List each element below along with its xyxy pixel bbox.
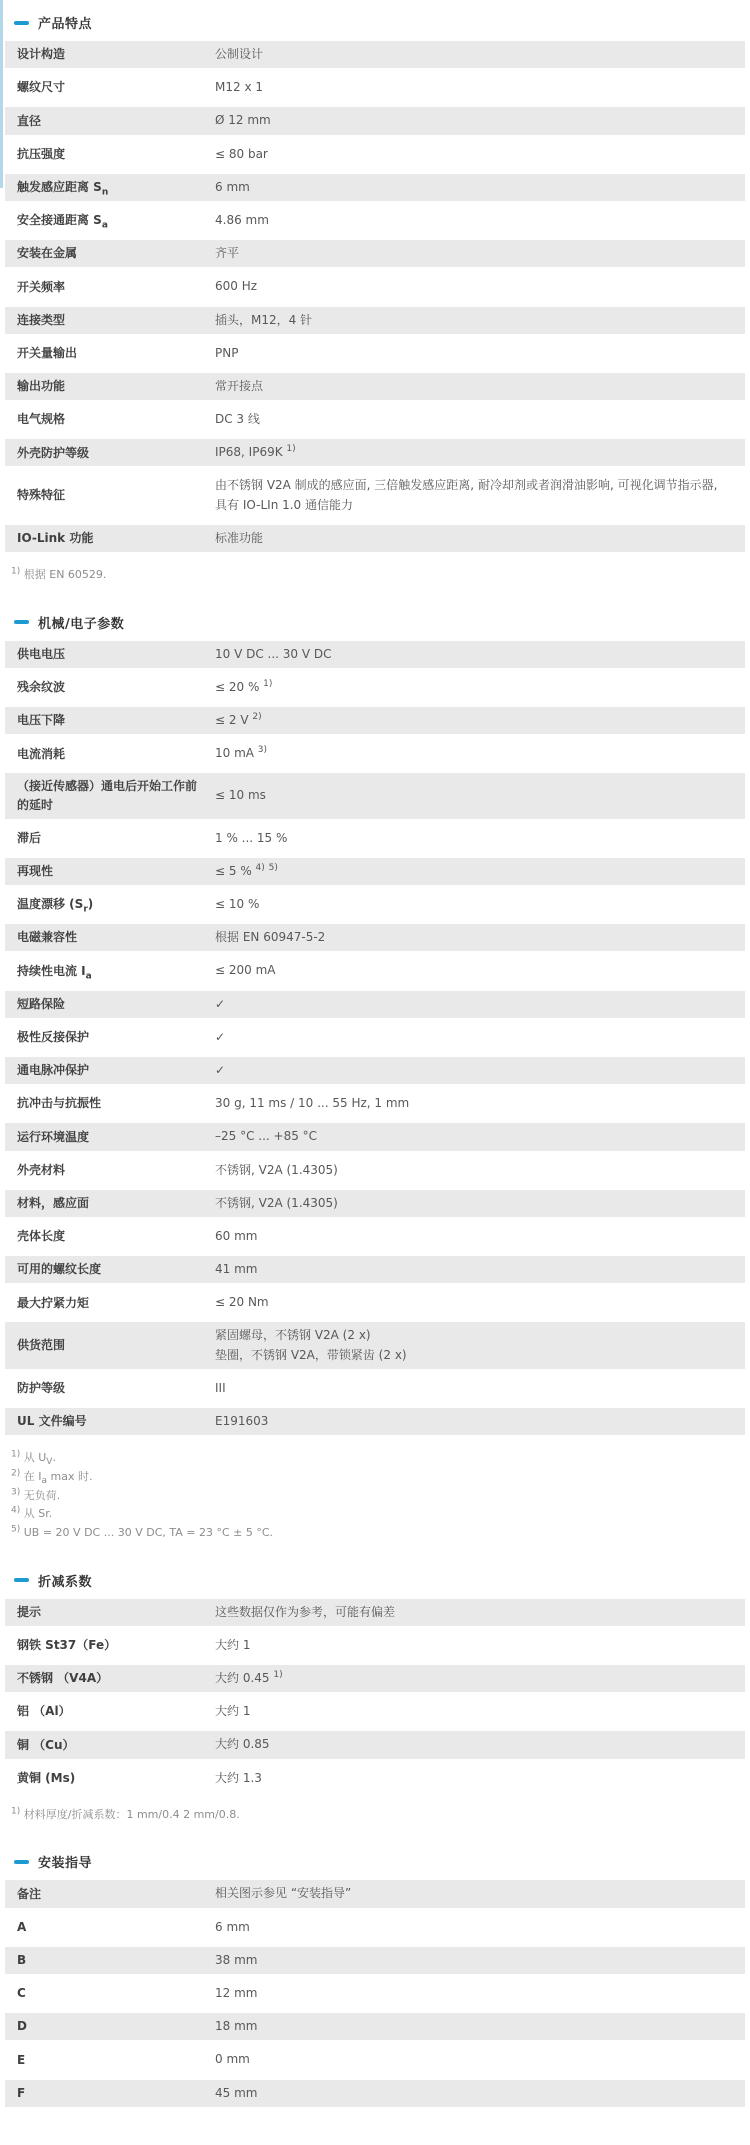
collapse-icon — [14, 21, 29, 25]
spec-value: 10 mA 3) — [215, 744, 733, 763]
spec-row: 短路保险✓ — [5, 991, 745, 1018]
spec-row: 直径Ø 12 mm — [5, 107, 745, 134]
section-installation-guide: 安装指导 备注相关图示参见 “安装指导”A6 mmB38 mmC12 mmD18… — [5, 1846, 745, 2106]
spec-row: IO-Link 功能标准功能 — [5, 525, 745, 552]
spec-value: 60 mm — [215, 1227, 733, 1246]
spec-label: 设计构造 — [17, 45, 215, 64]
spec-row: 壳体长度60 mm — [5, 1223, 745, 1250]
spec-value: ≤ 10 % — [215, 895, 733, 914]
spec-value: 大约 1 — [215, 1702, 733, 1721]
spec-row: 安装在金属齐平 — [5, 240, 745, 267]
spec-value: III — [215, 1379, 733, 1398]
spec-row: 输出功能常开接点 — [5, 373, 745, 400]
product-datasheet: 产品特点 设计构造公制设计螺纹尺寸M12 x 1直径Ø 12 mm抗压强度≤ 8… — [0, 0, 750, 2145]
spec-value: 6 mm — [215, 1918, 733, 1937]
spec-value: ≤ 200 mA — [215, 961, 733, 980]
spec-label: 提示 — [17, 1603, 215, 1622]
spec-value: E191603 — [215, 1412, 733, 1431]
spec-label: 黄铜 (Ms) — [17, 1769, 215, 1788]
spec-row: B38 mm — [5, 1947, 745, 1974]
spec-row: 通电脉冲保护✓ — [5, 1057, 745, 1084]
spec-value: ≤ 20 Nm — [215, 1293, 733, 1312]
spec-value: DC 3 线 — [215, 410, 733, 429]
spec-value: 12 mm — [215, 1984, 733, 2003]
spec-label: 外壳材料 — [17, 1161, 215, 1180]
spec-row: 再现性≤ 5 % 4) 5) — [5, 858, 745, 885]
spec-value: 6 mm — [215, 178, 733, 197]
spec-value: 600 Hz — [215, 277, 733, 296]
spec-value: 不锈钢, V2A (1.4305) — [215, 1194, 733, 1213]
spec-row: 铜 （Cu）大约 0.85 — [5, 1731, 745, 1758]
spec-value: 大约 0.85 — [215, 1735, 733, 1754]
spec-row: 抗冲击与抗振性30 g, 11 ms / 10 ... 55 Hz, 1 mm — [5, 1090, 745, 1117]
spec-value: 大约 0.45 1) — [215, 1669, 733, 1688]
spec-label: IO-Link 功能 — [17, 529, 215, 548]
spec-row: 提示这些数据仅作为参考，可能有偏差 — [5, 1599, 745, 1626]
section-title: 折减系数 — [38, 1571, 92, 1590]
footnote: 1) 材料厚度/折减系数：1 mm/0.4 2 mm/0.8. — [11, 1806, 745, 1825]
spec-value: 根据 EN 60947-5-2 — [215, 928, 733, 947]
spec-row: 运行环境温度–25 °C ... +85 °C — [5, 1123, 745, 1150]
spec-label: UL 文件编号 — [17, 1412, 215, 1431]
spec-row: 残余纹波≤ 20 % 1) — [5, 674, 745, 701]
spec-row: 钢铁 St37（Fe）大约 1 — [5, 1632, 745, 1659]
spec-row: 特殊特征由不锈钢 V2A 制成的感应面, 三倍触发感应距离, 耐冷却剂或者润滑油… — [5, 472, 745, 518]
spec-row: 电压下降≤ 2 V 2) — [5, 707, 745, 734]
spec-label: 供货范围 — [17, 1336, 215, 1355]
spec-label: 供电电压 — [17, 645, 215, 664]
section-title: 安装指导 — [38, 1852, 92, 1871]
spec-row: 最大拧紧力矩≤ 20 Nm — [5, 1289, 745, 1316]
spec-value: 这些数据仅作为参考，可能有偏差 — [215, 1603, 733, 1622]
spec-label: D — [17, 2017, 215, 2036]
spec-value: 常开接点 — [215, 377, 733, 396]
spec-label: 材料，感应面 — [17, 1194, 215, 1213]
spec-row: 电流消耗10 mA 3) — [5, 740, 745, 767]
spec-value: 不锈钢, V2A (1.4305) — [215, 1161, 733, 1180]
spec-value: 齐平 — [215, 244, 733, 263]
collapse-icon — [14, 620, 29, 624]
spec-row: 可用的螺纹长度41 mm — [5, 1256, 745, 1283]
spec-row: 备注相关图示参见 “安装指导” — [5, 1880, 745, 1907]
section-header-reduction-factors[interactable]: 折减系数 — [5, 1565, 745, 1599]
spec-value: 38 mm — [215, 1951, 733, 1970]
spec-label: 钢铁 St37（Fe） — [17, 1636, 215, 1655]
spec-label: 螺纹尺寸 — [17, 78, 215, 97]
spec-row: 连接类型插头，M12，4 针 — [5, 307, 745, 334]
spec-value: ✓ — [215, 995, 733, 1014]
spec-value: 4.86 mm — [215, 211, 733, 230]
footnote: 1) 从 UV. — [11, 1449, 745, 1468]
spec-row: 螺纹尺寸M12 x 1 — [5, 74, 745, 101]
spec-value: ✓ — [215, 1028, 733, 1047]
spec-value: 相关图示参见 “安装指导” — [215, 1884, 733, 1903]
spec-label: 铝 （Al） — [17, 1702, 215, 1721]
footnote-list: 1) 从 UV.2) 在 Ia max 时.3) 无负荷.4) 从 Sr.5) … — [5, 1441, 745, 1542]
spec-row: 开关频率600 Hz — [5, 273, 745, 300]
spec-row: 防护等级III — [5, 1375, 745, 1402]
section-title: 机械/电子参数 — [38, 613, 124, 632]
spec-value: 大约 1 — [215, 1636, 733, 1655]
spec-row: 供电电压10 V DC ... 30 V DC — [5, 641, 745, 668]
spec-row: 开关量输出PNP — [5, 340, 745, 367]
spec-value: ≤ 2 V 2) — [215, 711, 733, 730]
spec-label: 再现性 — [17, 862, 215, 881]
spec-label: 极性反接保护 — [17, 1028, 215, 1047]
spec-value: 标准功能 — [215, 529, 733, 548]
spec-label: 铜 （Cu） — [17, 1736, 215, 1755]
collapse-icon — [14, 1860, 29, 1864]
spec-value: 30 g, 11 ms / 10 ... 55 Hz, 1 mm — [215, 1094, 733, 1113]
spec-label: 输出功能 — [17, 377, 215, 396]
spec-value: ≤ 5 % 4) 5) — [215, 862, 733, 881]
spec-label: 触发感应距离 Sn — [17, 178, 215, 197]
spec-label: 抗冲击与抗振性 — [17, 1094, 215, 1113]
spec-row: F45 mm — [5, 2080, 745, 2107]
spec-label: 电气规格 — [17, 410, 215, 429]
spec-row: 滞后1 % ... 15 % — [5, 825, 745, 852]
spec-value: IP68, IP69K 1) — [215, 443, 733, 462]
spec-label: A — [17, 1918, 215, 1937]
pane-edge-decoration — [0, 0, 3, 188]
footnote-list: 1) 材料厚度/折减系数：1 mm/0.4 2 mm/0.8. — [5, 1798, 745, 1825]
spec-label: C — [17, 1984, 215, 2003]
spec-label: E — [17, 2051, 215, 2070]
footnote: 5) UB = 20 V DC ... 30 V DC, TA = 23 °C … — [11, 1524, 745, 1543]
spec-label: （接近传感器）通电后开始工作前的延时 — [17, 777, 215, 814]
spec-value: PNP — [215, 344, 733, 363]
section-title: 产品特点 — [38, 13, 92, 32]
spec-row: UL 文件编号E191603 — [5, 1408, 745, 1435]
spec-row: 铝 （Al）大约 1 — [5, 1698, 745, 1725]
spec-label: F — [17, 2084, 215, 2103]
spec-value: 18 mm — [215, 2017, 733, 2036]
spec-label: 安全接通距离 Sa — [17, 211, 215, 230]
footnote: 4) 从 Sr. — [11, 1505, 745, 1524]
spec-row: A6 mm — [5, 1914, 745, 1941]
section-header-product-features[interactable]: 产品特点 — [5, 7, 745, 41]
spec-row: （接近传感器）通电后开始工作前的延时≤ 10 ms — [5, 773, 745, 818]
spec-label: 不锈钢 （V4A） — [17, 1669, 215, 1688]
section-reduction-factors: 折减系数 提示这些数据仅作为参考，可能有偏差钢铁 St37（Fe）大约 1不锈钢… — [5, 1565, 745, 1825]
spec-row: 电磁兼容性根据 EN 60947-5-2 — [5, 924, 745, 951]
spec-label: 温度漂移 (Sr) — [17, 895, 215, 914]
spec-label: 可用的螺纹长度 — [17, 1260, 215, 1279]
spec-value: M12 x 1 — [215, 78, 733, 97]
spec-row: 设计构造公制设计 — [5, 41, 745, 68]
spec-value: 由不锈钢 V2A 制成的感应面, 三倍触发感应距离, 耐冷却剂或者润滑油影响, … — [215, 476, 733, 514]
spec-row: 不锈钢 （V4A）大约 0.45 1) — [5, 1665, 745, 1692]
spec-value: 10 V DC ... 30 V DC — [215, 645, 733, 664]
spec-value: 紧固螺母，不锈钢 V2A (2 x) 垫圈，不锈钢 V2A，带锁紧齿 (2 x) — [215, 1326, 733, 1364]
spec-row: 电气规格DC 3 线 — [5, 406, 745, 433]
spec-value: 0 mm — [215, 2050, 733, 2069]
spec-label: 滞后 — [17, 829, 215, 848]
spec-label: 运行环境温度 — [17, 1128, 215, 1147]
spec-row: 持续性电流 Ia≤ 200 mA — [5, 957, 745, 984]
spec-label: 安装在金属 — [17, 244, 215, 263]
footnote: 1) 根据 EN 60529. — [11, 566, 745, 585]
spec-value: 插头，M12，4 针 — [215, 311, 733, 330]
section-product-features: 产品特点 设计构造公制设计螺纹尺寸M12 x 1直径Ø 12 mm抗压强度≤ 8… — [5, 7, 745, 585]
spec-value: 公制设计 — [215, 45, 733, 64]
spec-row: 外壳材料不锈钢, V2A (1.4305) — [5, 1157, 745, 1184]
spec-row: 材料，感应面不锈钢, V2A (1.4305) — [5, 1190, 745, 1217]
spec-row: D18 mm — [5, 2013, 745, 2040]
spec-value: 45 mm — [215, 2084, 733, 2103]
spec-label: B — [17, 1951, 215, 1970]
spec-row: 温度漂移 (Sr)≤ 10 % — [5, 891, 745, 918]
spec-label: 电压下降 — [17, 711, 215, 730]
spec-label: 短路保险 — [17, 995, 215, 1014]
spec-label: 持续性电流 Ia — [17, 962, 215, 981]
spec-row: 抗压强度≤ 80 bar — [5, 141, 745, 168]
spec-value: Ø 12 mm — [215, 111, 733, 130]
spec-label: 最大拧紧力矩 — [17, 1294, 215, 1313]
spec-row: 黄铜 (Ms)大约 1.3 — [5, 1765, 745, 1792]
spec-label: 开关频率 — [17, 278, 215, 297]
spec-table: 提示这些数据仅作为参考，可能有偏差钢铁 St37（Fe）大约 1不锈钢 （V4A… — [5, 1599, 745, 1792]
spec-label: 抗压强度 — [17, 145, 215, 164]
spec-label: 残余纹波 — [17, 678, 215, 697]
spec-value: 大约 1.3 — [215, 1769, 733, 1788]
spec-table: 供电电压10 V DC ... 30 V DC残余纹波≤ 20 % 1)电压下降… — [5, 641, 745, 1436]
footnote: 2) 在 Ia max 时. — [11, 1468, 745, 1487]
spec-label: 壳体长度 — [17, 1227, 215, 1246]
section-header-installation-guide[interactable]: 安装指导 — [5, 1846, 745, 1880]
footnote: 3) 无负荷. — [11, 1487, 745, 1506]
spec-row: 触发感应距离 Sn6 mm — [5, 174, 745, 201]
spec-label: 开关量输出 — [17, 344, 215, 363]
spec-row: C12 mm — [5, 1980, 745, 2007]
spec-value: –25 °C ... +85 °C — [215, 1127, 733, 1146]
spec-label: 电磁兼容性 — [17, 928, 215, 947]
section-header-mechanical-electronic[interactable]: 机械/电子参数 — [5, 607, 745, 641]
spec-label: 防护等级 — [17, 1379, 215, 1398]
spec-label: 外壳防护等级 — [17, 444, 215, 463]
spec-label: 备注 — [17, 1885, 215, 1904]
spec-row: 安全接通距离 Sa4.86 mm — [5, 207, 745, 234]
spec-row: 极性反接保护✓ — [5, 1024, 745, 1051]
collapse-icon — [14, 1578, 29, 1582]
spec-label: 特殊特征 — [17, 486, 215, 505]
spec-value: ✓ — [215, 1061, 733, 1080]
spec-row: 外壳防护等级IP68, IP69K 1) — [5, 439, 745, 466]
spec-value: 1 % ... 15 % — [215, 829, 733, 848]
spec-row: 供货范围紧固螺母，不锈钢 V2A (2 x) 垫圈，不锈钢 V2A，带锁紧齿 (… — [5, 1322, 745, 1368]
spec-value: ≤ 20 % 1) — [215, 678, 733, 697]
spec-label: 直径 — [17, 112, 215, 131]
footnote-list: 1) 根据 EN 60529. — [5, 558, 745, 585]
spec-label: 连接类型 — [17, 311, 215, 330]
spec-value: ≤ 80 bar — [215, 145, 733, 164]
spec-value: 41 mm — [215, 1260, 733, 1279]
spec-label: 电流消耗 — [17, 745, 215, 764]
spec-label: 通电脉冲保护 — [17, 1061, 215, 1080]
spec-row: E0 mm — [5, 2046, 745, 2073]
spec-value: ≤ 10 ms — [215, 786, 733, 805]
spec-table: 设计构造公制设计螺纹尺寸M12 x 1直径Ø 12 mm抗压强度≤ 80 bar… — [5, 41, 745, 552]
section-mechanical-electronic: 机械/电子参数 供电电压10 V DC ... 30 V DC残余纹波≤ 20 … — [5, 607, 745, 1543]
spec-table: 备注相关图示参见 “安装指导”A6 mmB38 mmC12 mmD18 mmE0… — [5, 1880, 745, 2106]
